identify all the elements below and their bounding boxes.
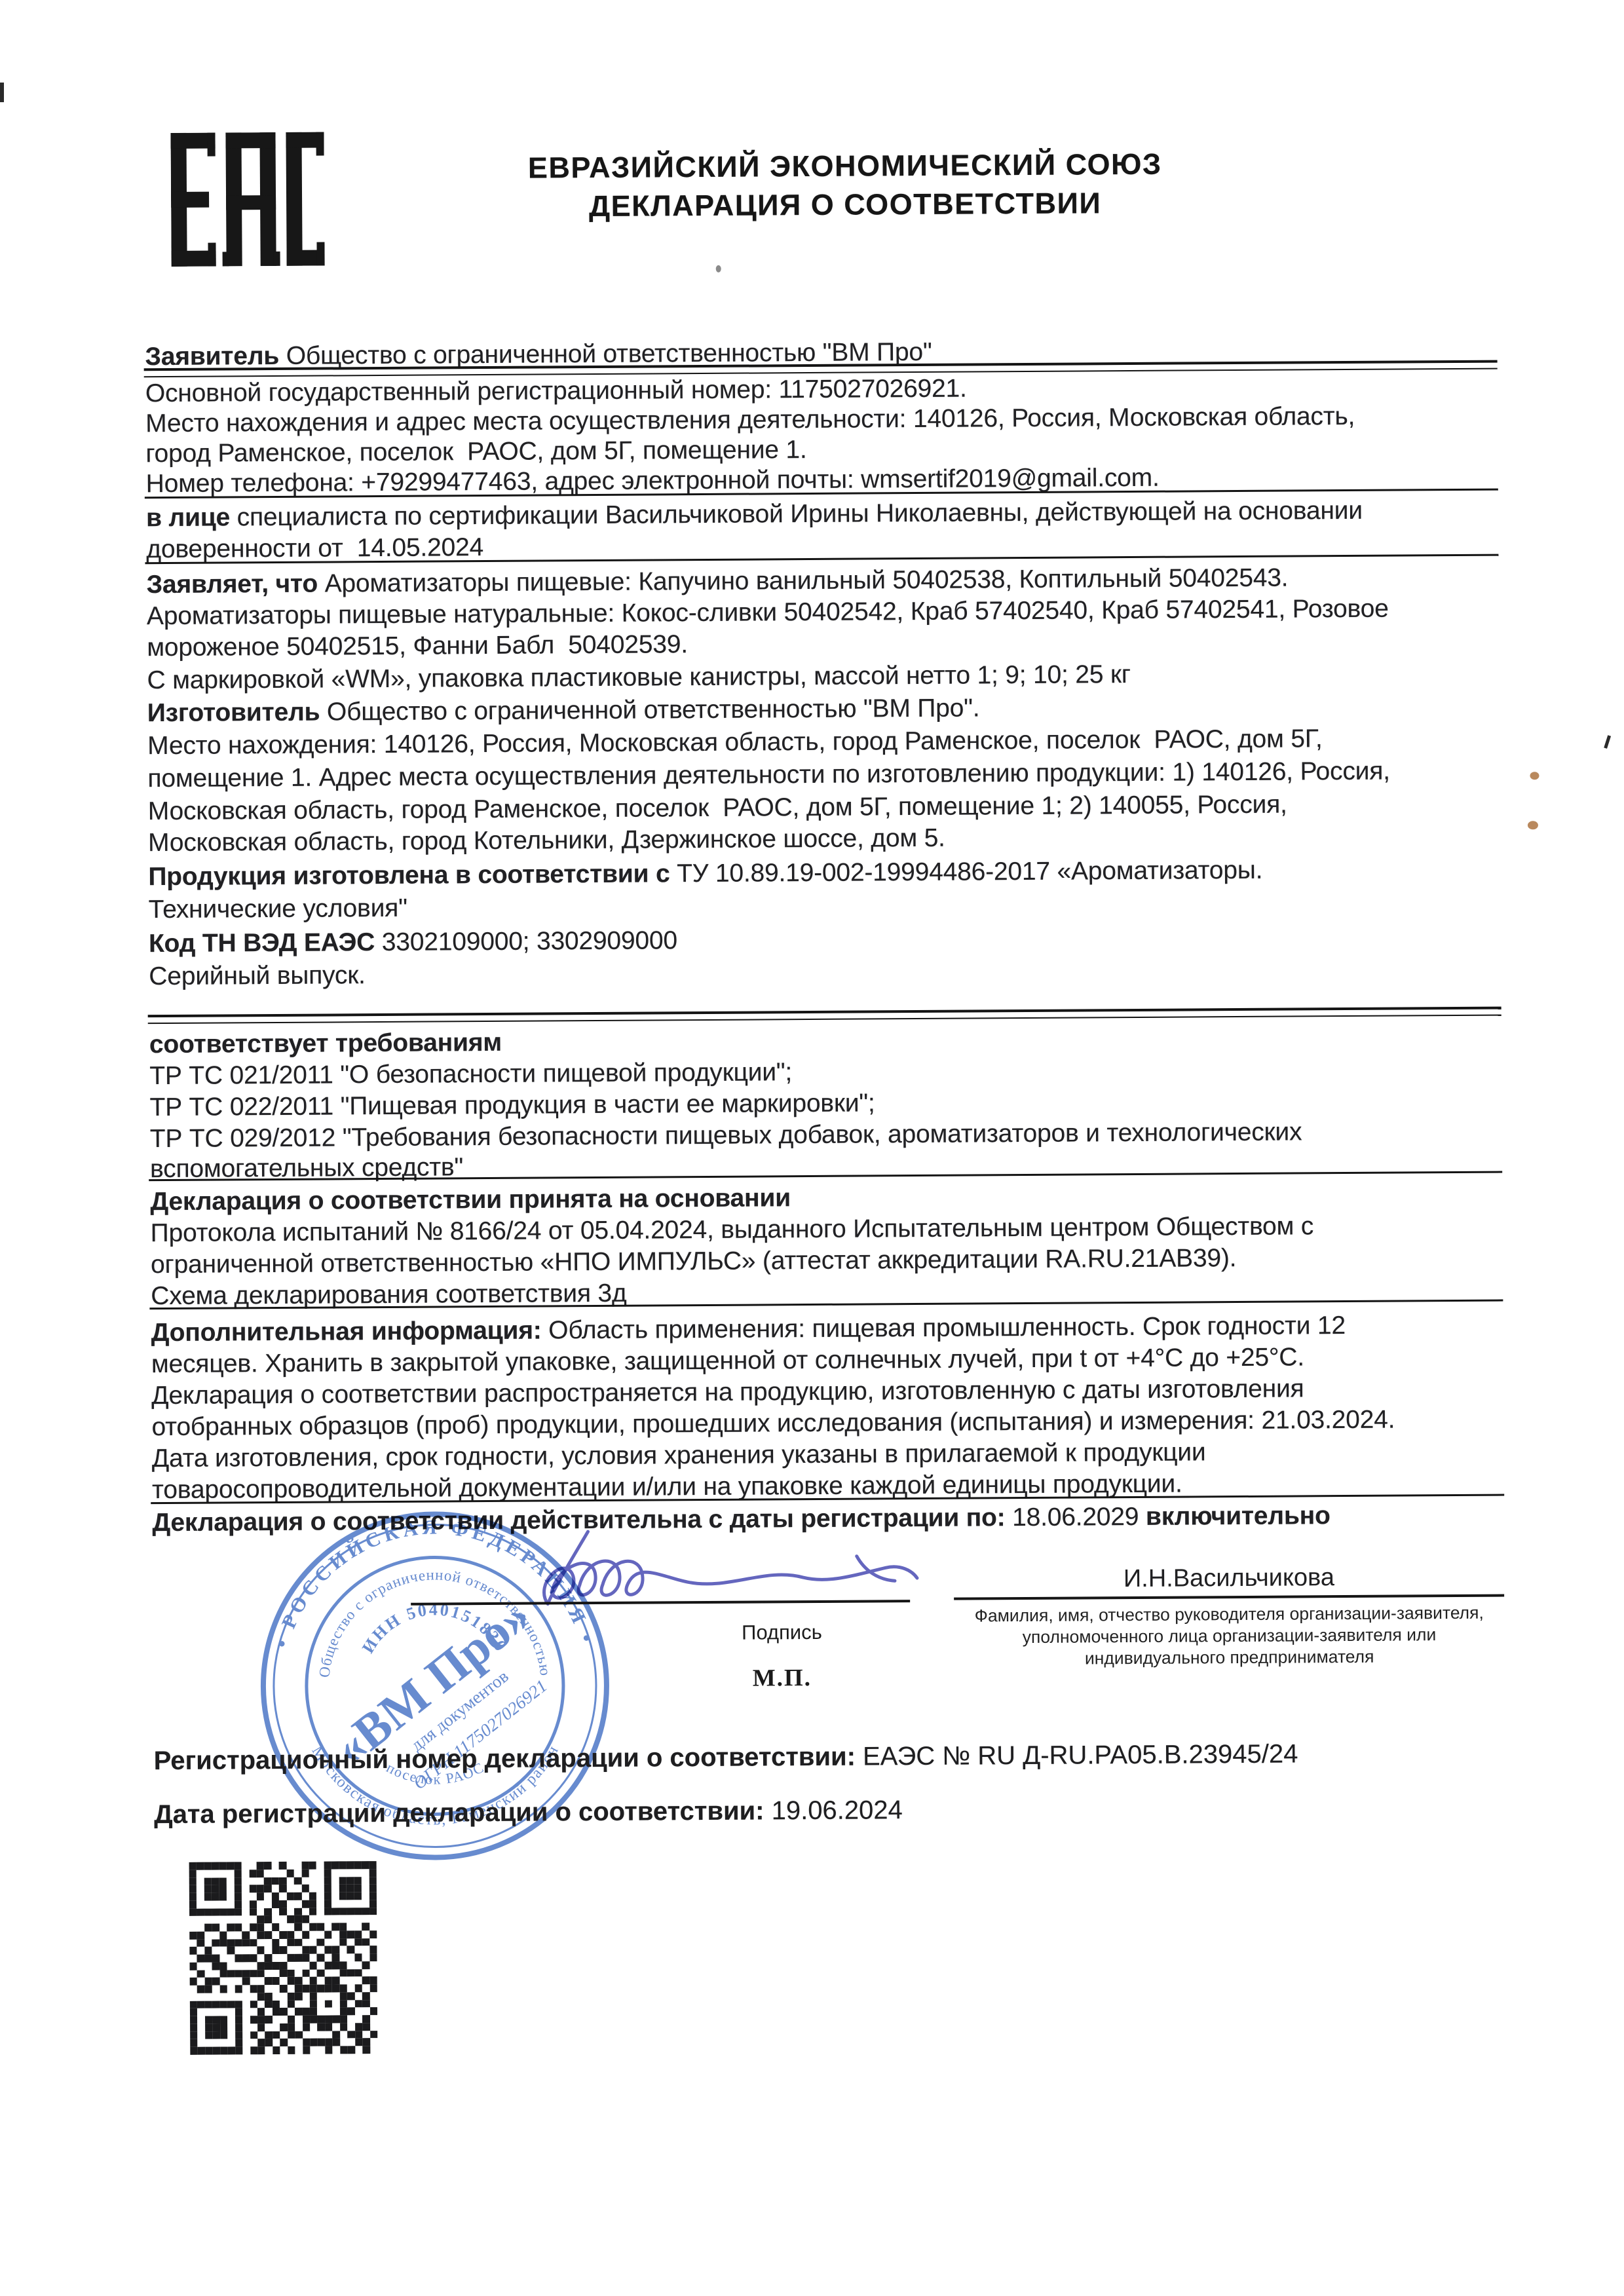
scan-speck	[1528, 821, 1538, 829]
line-registration-number: Регистрационный номер декларации о соотв…	[153, 1738, 1298, 1777]
qr-code	[189, 1861, 378, 2055]
line-tu-1: Продукция изготовлена в соответствии с Т…	[148, 854, 1504, 893]
document-title: ЕВРАЗИЙСКИЙ ЭКОНОМИЧЕСКИЙ СОЮЗ ДЕКЛАРАЦИ…	[452, 144, 1239, 226]
signer-caption-line-3: индивидуального предпринимателя	[948, 1645, 1511, 1670]
line-manufacturer: Изготовитель Общество с ограниченной отв…	[147, 690, 1503, 729]
scan-speck	[1530, 772, 1539, 780]
line-packaging: С маркировкой «WM», упаковка пластиковые…	[147, 658, 1503, 696]
scan-edge-mark	[1604, 735, 1611, 749]
podpis-label: Подпись	[696, 1620, 867, 1645]
mp-label: М.П.	[697, 1663, 867, 1693]
name-line	[954, 1594, 1504, 1600]
line-registration-date: Дата регистрации декларации о соответств…	[154, 1794, 903, 1830]
signer-caption: Фамилия, имя, отчество руководителя орга…	[947, 1602, 1511, 1670]
signer-caption-line-2: уполномоченного лица организации-заявите…	[947, 1623, 1511, 1648]
scan-edge-mark	[0, 83, 4, 102]
line-tnved: Код ТН ВЭД ЕАЭС 3302109000; 3302909000	[149, 921, 1505, 960]
line-mfr-address-4: Московская область, город Котельники, Дз…	[148, 820, 1504, 859]
line-tu-2: Технические условия"	[149, 887, 1505, 926]
signature-stroke	[489, 1518, 962, 1622]
title-line-1: ЕВРАЗИЙСКИЙ ЭКОНОМИЧЕСКИЙ СОЮЗ	[452, 144, 1238, 187]
scan-speck	[716, 265, 721, 273]
eac-logo	[170, 132, 324, 267]
line-mfr-address-1: Место нахождения: 140126, Россия, Москов…	[147, 723, 1503, 762]
line-flavors-natural-2: мороженое 50402515, Фанни Бабл 50402539.	[147, 625, 1503, 664]
signer-caption-line-1: Фамилия, имя, отчество руководителя орга…	[947, 1602, 1511, 1627]
title-line-2: ДЕКЛАРАЦИЯ О СООТВЕТСТВИИ	[452, 183, 1238, 226]
line-serial: Серийный выпуск.	[149, 954, 1505, 992]
line-mfr-address-2: помещение 1. Адрес места осуществления д…	[147, 756, 1503, 795]
signer-name: И.Н.Васильчикова	[954, 1563, 1504, 1594]
document-page: ЕВРАЗИЙСКИЙ ЭКОНОМИЧЕСКИЙ СОЮЗ ДЕКЛАРАЦИ…	[0, 0, 1624, 2296]
divider	[148, 1007, 1501, 1025]
